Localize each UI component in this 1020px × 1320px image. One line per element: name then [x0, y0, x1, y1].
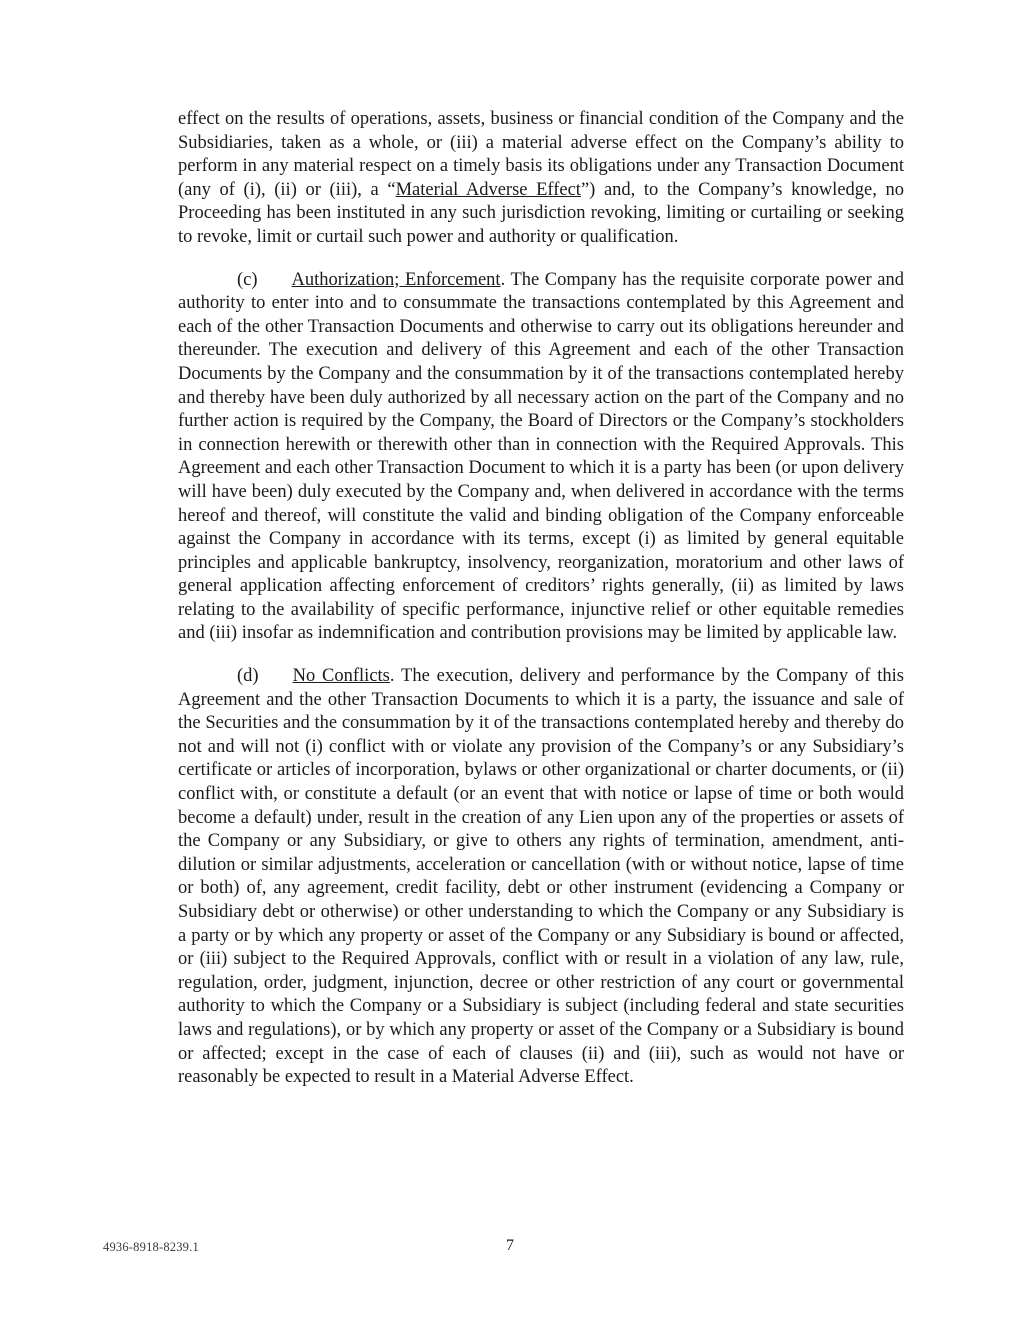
underlined-defined-term: Material Adverse Effect	[396, 180, 581, 200]
underlined-defined-term: Authorization; Enforcement	[292, 270, 501, 290]
text-run: . The execution, delivery and performanc…	[178, 666, 904, 1087]
paragraph-d-no-conflicts: (d)No Conflicts. The execution, delivery…	[178, 665, 904, 1090]
paragraph-c-authorization-enforcement: (c)Authorization; Enforcement. The Compa…	[178, 269, 904, 647]
text-run: (d)	[237, 666, 259, 686]
underlined-defined-term: No Conflicts	[293, 666, 390, 686]
footer-page-number: 7	[0, 1237, 1020, 1255]
text-run: . The Company has the requisite corporat…	[178, 270, 904, 644]
document-page: effect on the results of operations, ass…	[0, 0, 1020, 1320]
document-body: effect on the results of operations, ass…	[178, 108, 904, 1109]
text-run: (c)	[237, 270, 258, 290]
paragraph-continuation: effect on the results of operations, ass…	[178, 108, 904, 250]
